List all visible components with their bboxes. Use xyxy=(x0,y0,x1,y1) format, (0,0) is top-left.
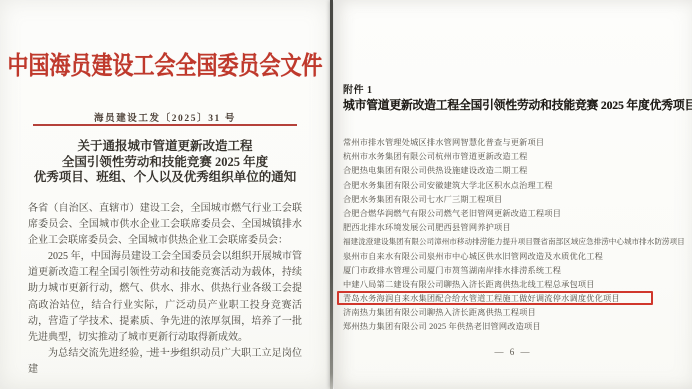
project-item: 厦门市政排水管理公司厦门市筼筜湖南岸排水排涝系统工程 xyxy=(343,264,692,278)
project-item: 合肥热电集团有限公司供热设施建设改造二期工程 xyxy=(343,164,692,178)
project-item: 肥西北排水环境发展公司肥西县管网养护项目 xyxy=(343,221,692,235)
project-item: 杭州市水务集团有限公司杭州市管道更新改造工程 xyxy=(343,150,692,164)
project-list: 常州市排水管理处城区排水管网智慧化普查与更新项目杭州市水务集团有限公司杭州市管道… xyxy=(343,136,692,335)
attachment-label: 附件 1 xyxy=(343,81,373,96)
project-item: 郑州热力集团有限公司 2025 年供热老旧管网改造项目 xyxy=(343,320,692,334)
notice-title-line-1: 关于通报城市管道更新改造工程 xyxy=(0,139,330,155)
document-number: 海员建设工发〔2025〕31 号 xyxy=(0,110,330,124)
scanned-document-spread: 中国海员建设工会全国委员会文件 海员建设工发〔2025〕31 号 关于通报城市管… xyxy=(0,0,692,389)
page-edge-divider xyxy=(330,0,333,389)
project-item-highlighted: 青岛水务海润自来水集团配合给水管道工程施工做好调流停水调度优化项目 xyxy=(343,292,692,306)
notice-title: 关于通报城市管道更新改造工程 全国引领性劳动和技能竞赛 2025 年度 优秀项目… xyxy=(0,139,330,186)
project-item: 济南热力集团有限公司聊热入济长距离供热工程项目 xyxy=(343,306,692,320)
project-item: 合肥合燃华润燃气有限公司燃气老旧管网更新改造工程项目 xyxy=(343,207,692,221)
notice-title-line-2: 全国引领性劳动和技能竞赛 2025 年度 xyxy=(0,155,330,171)
notice-title-line-3: 优秀项目、班组、个人以及优秀组织单位的通知 xyxy=(0,170,330,186)
red-letterhead-title: 中国海员建设工会全国委员会文件 xyxy=(0,47,330,82)
project-item: 泉州市自来水有限公司泉州市中心城区供水旧管网改造及水质优化工程 xyxy=(343,250,692,264)
page-number-right: — 6 — xyxy=(334,347,692,357)
project-item: 合肥水务集团有限公司安徽建筑大学北区积水点治理工程 xyxy=(343,179,692,193)
body-paragraph: 2025 年，中国海员建设工会全国委员会以组织开展城市管道更新改造工程全国引领性… xyxy=(28,249,302,346)
project-item: 合肥水务集团有限公司七水厂三期工程项目 xyxy=(343,193,692,207)
project-item: 常州市排水管理处城区排水管网智慧化普查与更新项目 xyxy=(343,136,692,150)
document-page-left: 中国海员建设工会全国委员会文件 海员建设工发〔2025〕31 号 关于通报城市管… xyxy=(0,0,330,389)
project-item: 中建八局第二建设有限公司聊热入济长距离供热北线工程总承包项目 xyxy=(343,278,692,292)
body-paragraph: 各省（自治区、直辖市）建设工会，全国城市燃气行业工会联席委员会、全国城市供水企业… xyxy=(28,201,302,249)
attachment-title: 城市管道更新改造工程全国引领性劳动和技能竞赛 2025 年度优秀项目 xyxy=(343,96,692,113)
document-page-right: 附件 1 城市管道更新改造工程全国引领性劳动和技能竞赛 2025 年度优秀项目 … xyxy=(334,0,692,389)
page-number-left: — 1 — xyxy=(0,346,330,356)
project-item: 福建泷澄建设集团有限公司漳州市移动排涝能力提升项目暨省南部区域应急排涝中心城市排… xyxy=(343,235,692,249)
red-divider-rule xyxy=(33,124,297,126)
